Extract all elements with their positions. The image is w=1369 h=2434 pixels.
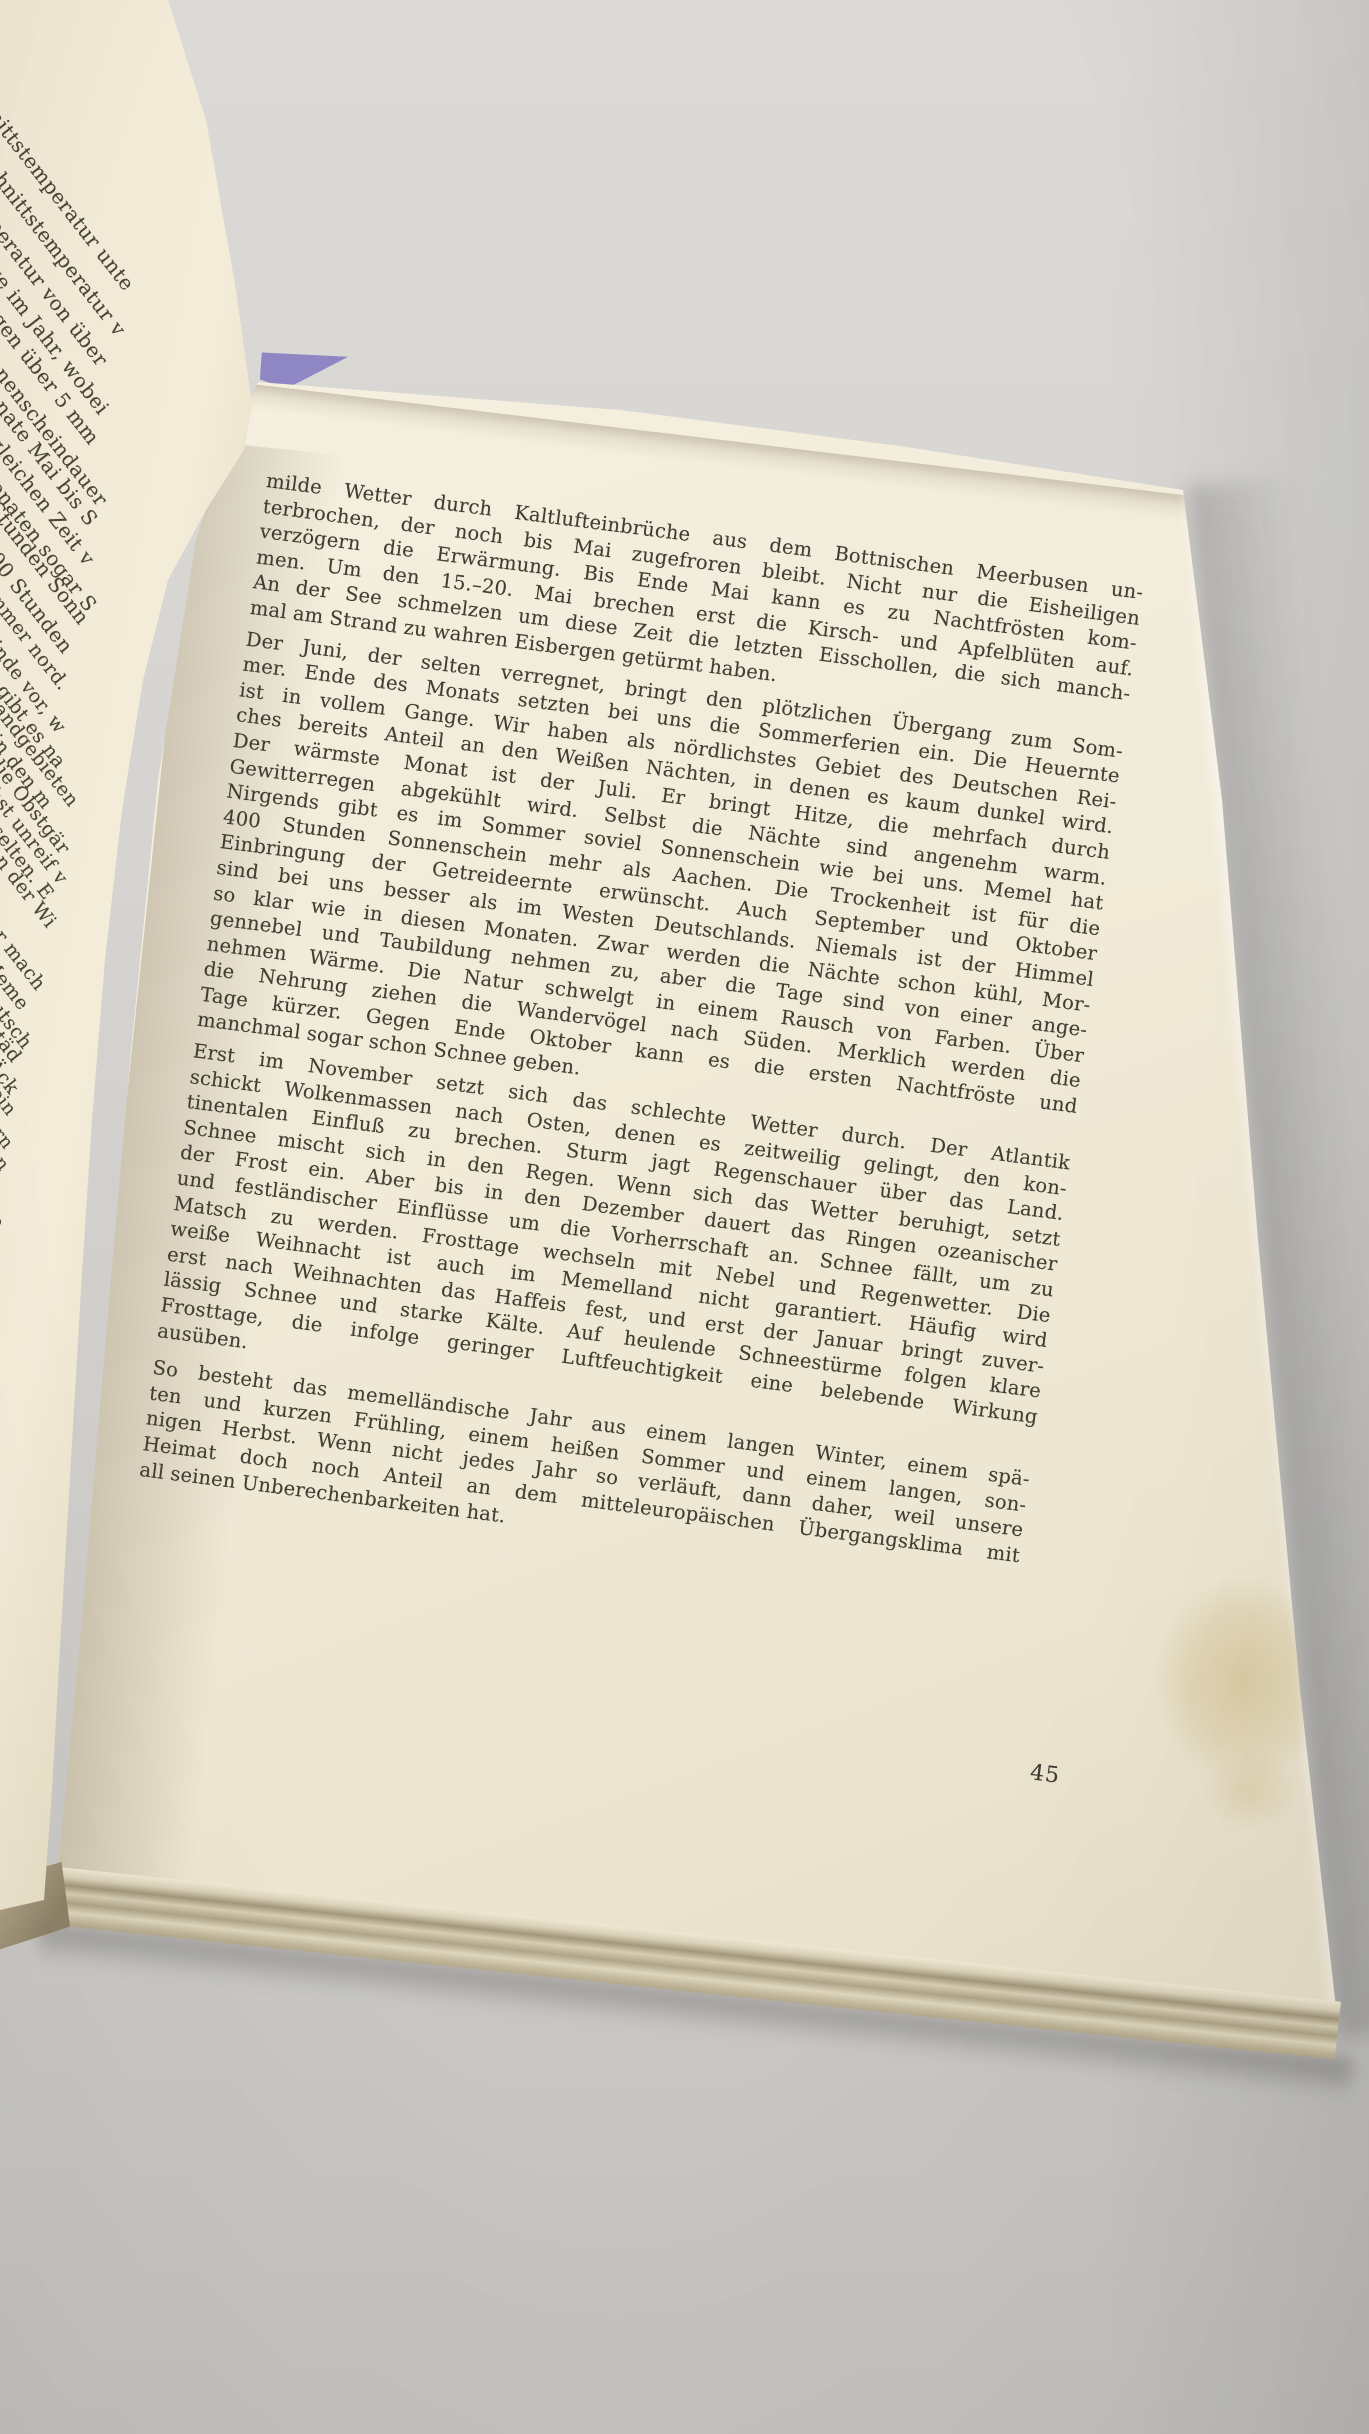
photo-of-open-book: milde Wetter durch Kaltlufteinbrüche aus… xyxy=(0,0,1369,2434)
page-stain-small xyxy=(1185,1735,1315,1845)
page-text: milde Wetter durch Kaltlufteinbrüche aus… xyxy=(137,468,1144,1600)
page-number: 45 xyxy=(1029,1760,1062,1788)
